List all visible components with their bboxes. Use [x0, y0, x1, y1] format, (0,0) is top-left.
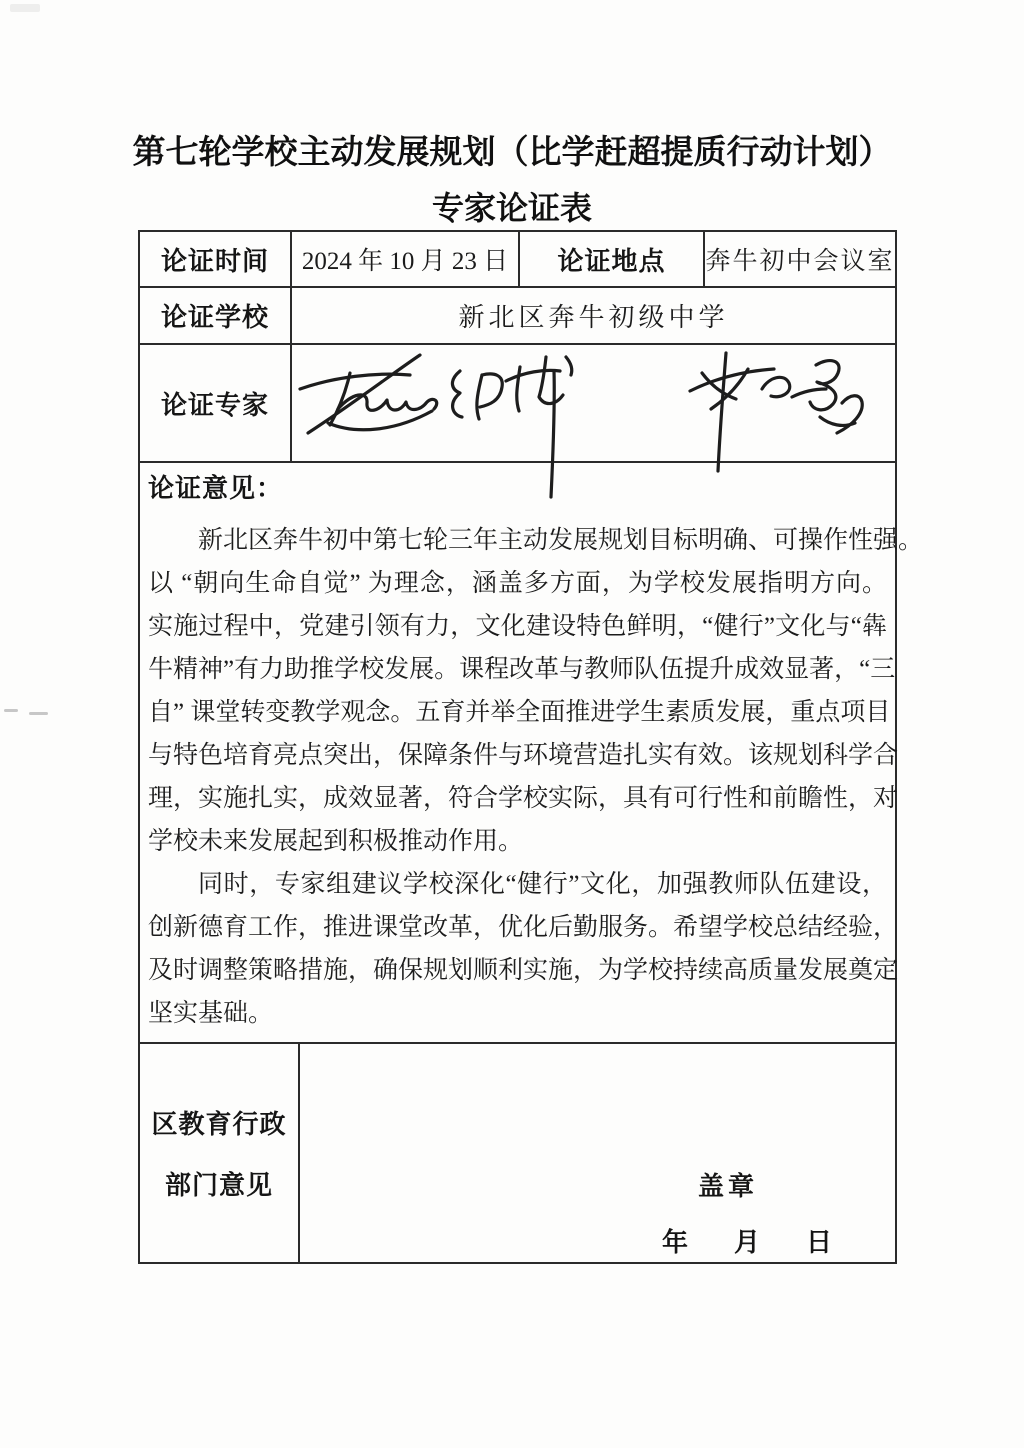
stamp-label: 盖章 — [698, 1166, 758, 1203]
handwritten-signature-1 — [300, 355, 437, 433]
opinion-line: 学校未来发展起到积极推动作用。 — [148, 820, 887, 863]
handwritten-signature-3 — [690, 353, 862, 471]
document-subtitle: 专家论证表 — [0, 183, 1024, 229]
row-time-place: 论证时间 2024 年 10 月 23 日 论证地点 奔牛初中会议室 — [140, 232, 895, 288]
experts-label: 论证专家 — [140, 345, 292, 461]
scan-artifact — [4, 709, 18, 712]
opinion-line: 及时调整策略措施，确保规划顺利实施，为学校持续高质量发展奠定 — [148, 949, 887, 992]
opinion-line: 新北区奔牛初中第七轮三年主动发展规划目标明确、可操作性强。 — [148, 519, 887, 562]
school-value: 新北区奔牛初级中学 — [292, 288, 895, 343]
opinion-line: 坚实基础。 — [148, 992, 887, 1035]
document-title: 第七轮学校主动发展规划（比学赶超提质行动计划） — [0, 126, 1024, 173]
opinion-line: 创新德育工作，推进课堂改革，优化后勤服务。希望学校总结经验， — [148, 906, 887, 949]
place-value: 奔牛初中会议室 — [705, 232, 895, 286]
opinion-line: 同时，专家组建议学校深化“健行”文化，加强教师队伍建设， — [148, 863, 887, 906]
opinion-line: 与特色培育亮点突出，保障条件与环境营造扎实有效。该规划科学合 — [148, 734, 887, 777]
admin-opinion-body: 盖章 年 月 日 — [300, 1044, 895, 1262]
scanned-document-page: 第七轮学校主动发展规划（比学赶超提质行动计划） 专家论证表 论证时间 2024 … — [0, 0, 1024, 1448]
opinion-line: 牛精神”有力助推学校发展。课程改革与教师队伍提升成效显著，“三 — [148, 648, 887, 691]
time-label: 论证时间 — [140, 232, 292, 286]
scan-artifact — [10, 4, 40, 12]
year-char: 年 — [662, 1222, 688, 1259]
month-char: 月 — [734, 1222, 760, 1259]
admin-label-line1: 区教育行政 — [151, 1104, 286, 1141]
row-admin-opinion: 区教育行政 部门意见 盖章 年 月 日 — [140, 1044, 895, 1262]
opinion-line: 理，实施扎实，成效显著，符合学校实际，具有可行性和前瞻性，对 — [148, 777, 887, 820]
opinion-line: 自” 课堂转变教学观念。五育并举全面推进学生素质发展，重点项目 — [148, 691, 887, 734]
school-label: 论证学校 — [140, 288, 292, 343]
opinion-line: 以 “朝向生命自觉” 为理念，涵盖多方面，为学校发展指明方向。 — [148, 562, 887, 605]
admin-label-line2: 部门意见 — [165, 1165, 273, 1202]
expert-review-form-table: 论证时间 2024 年 10 月 23 日 论证地点 奔牛初中会议室 论证学校 … — [138, 230, 897, 1264]
handwritten-signature-2 — [452, 357, 571, 497]
place-label: 论证地点 — [520, 232, 705, 286]
signatures-svg — [292, 345, 897, 505]
time-value: 2024 年 10 月 23 日 — [292, 232, 520, 286]
row-opinion: 论证意见： 新北区奔牛初中第七轮三年主动发展规划目标明确、可操作性强。 以 “朝… — [140, 463, 895, 1044]
opinion-line: 实施过程中，党建引领有力，文化建设特色鲜明，“健行”文化与“犇 — [148, 605, 887, 648]
admin-opinion-label: 区教育行政 部门意见 — [140, 1044, 300, 1262]
row-school: 论证学校 新北区奔牛初级中学 — [140, 288, 895, 345]
experts-signature-area — [292, 345, 895, 461]
day-char: 日 — [806, 1222, 832, 1259]
row-experts: 论证专家 — [140, 345, 895, 463]
date-blanks: 年 月 日 — [662, 1222, 832, 1259]
scan-artifact — [29, 712, 48, 715]
